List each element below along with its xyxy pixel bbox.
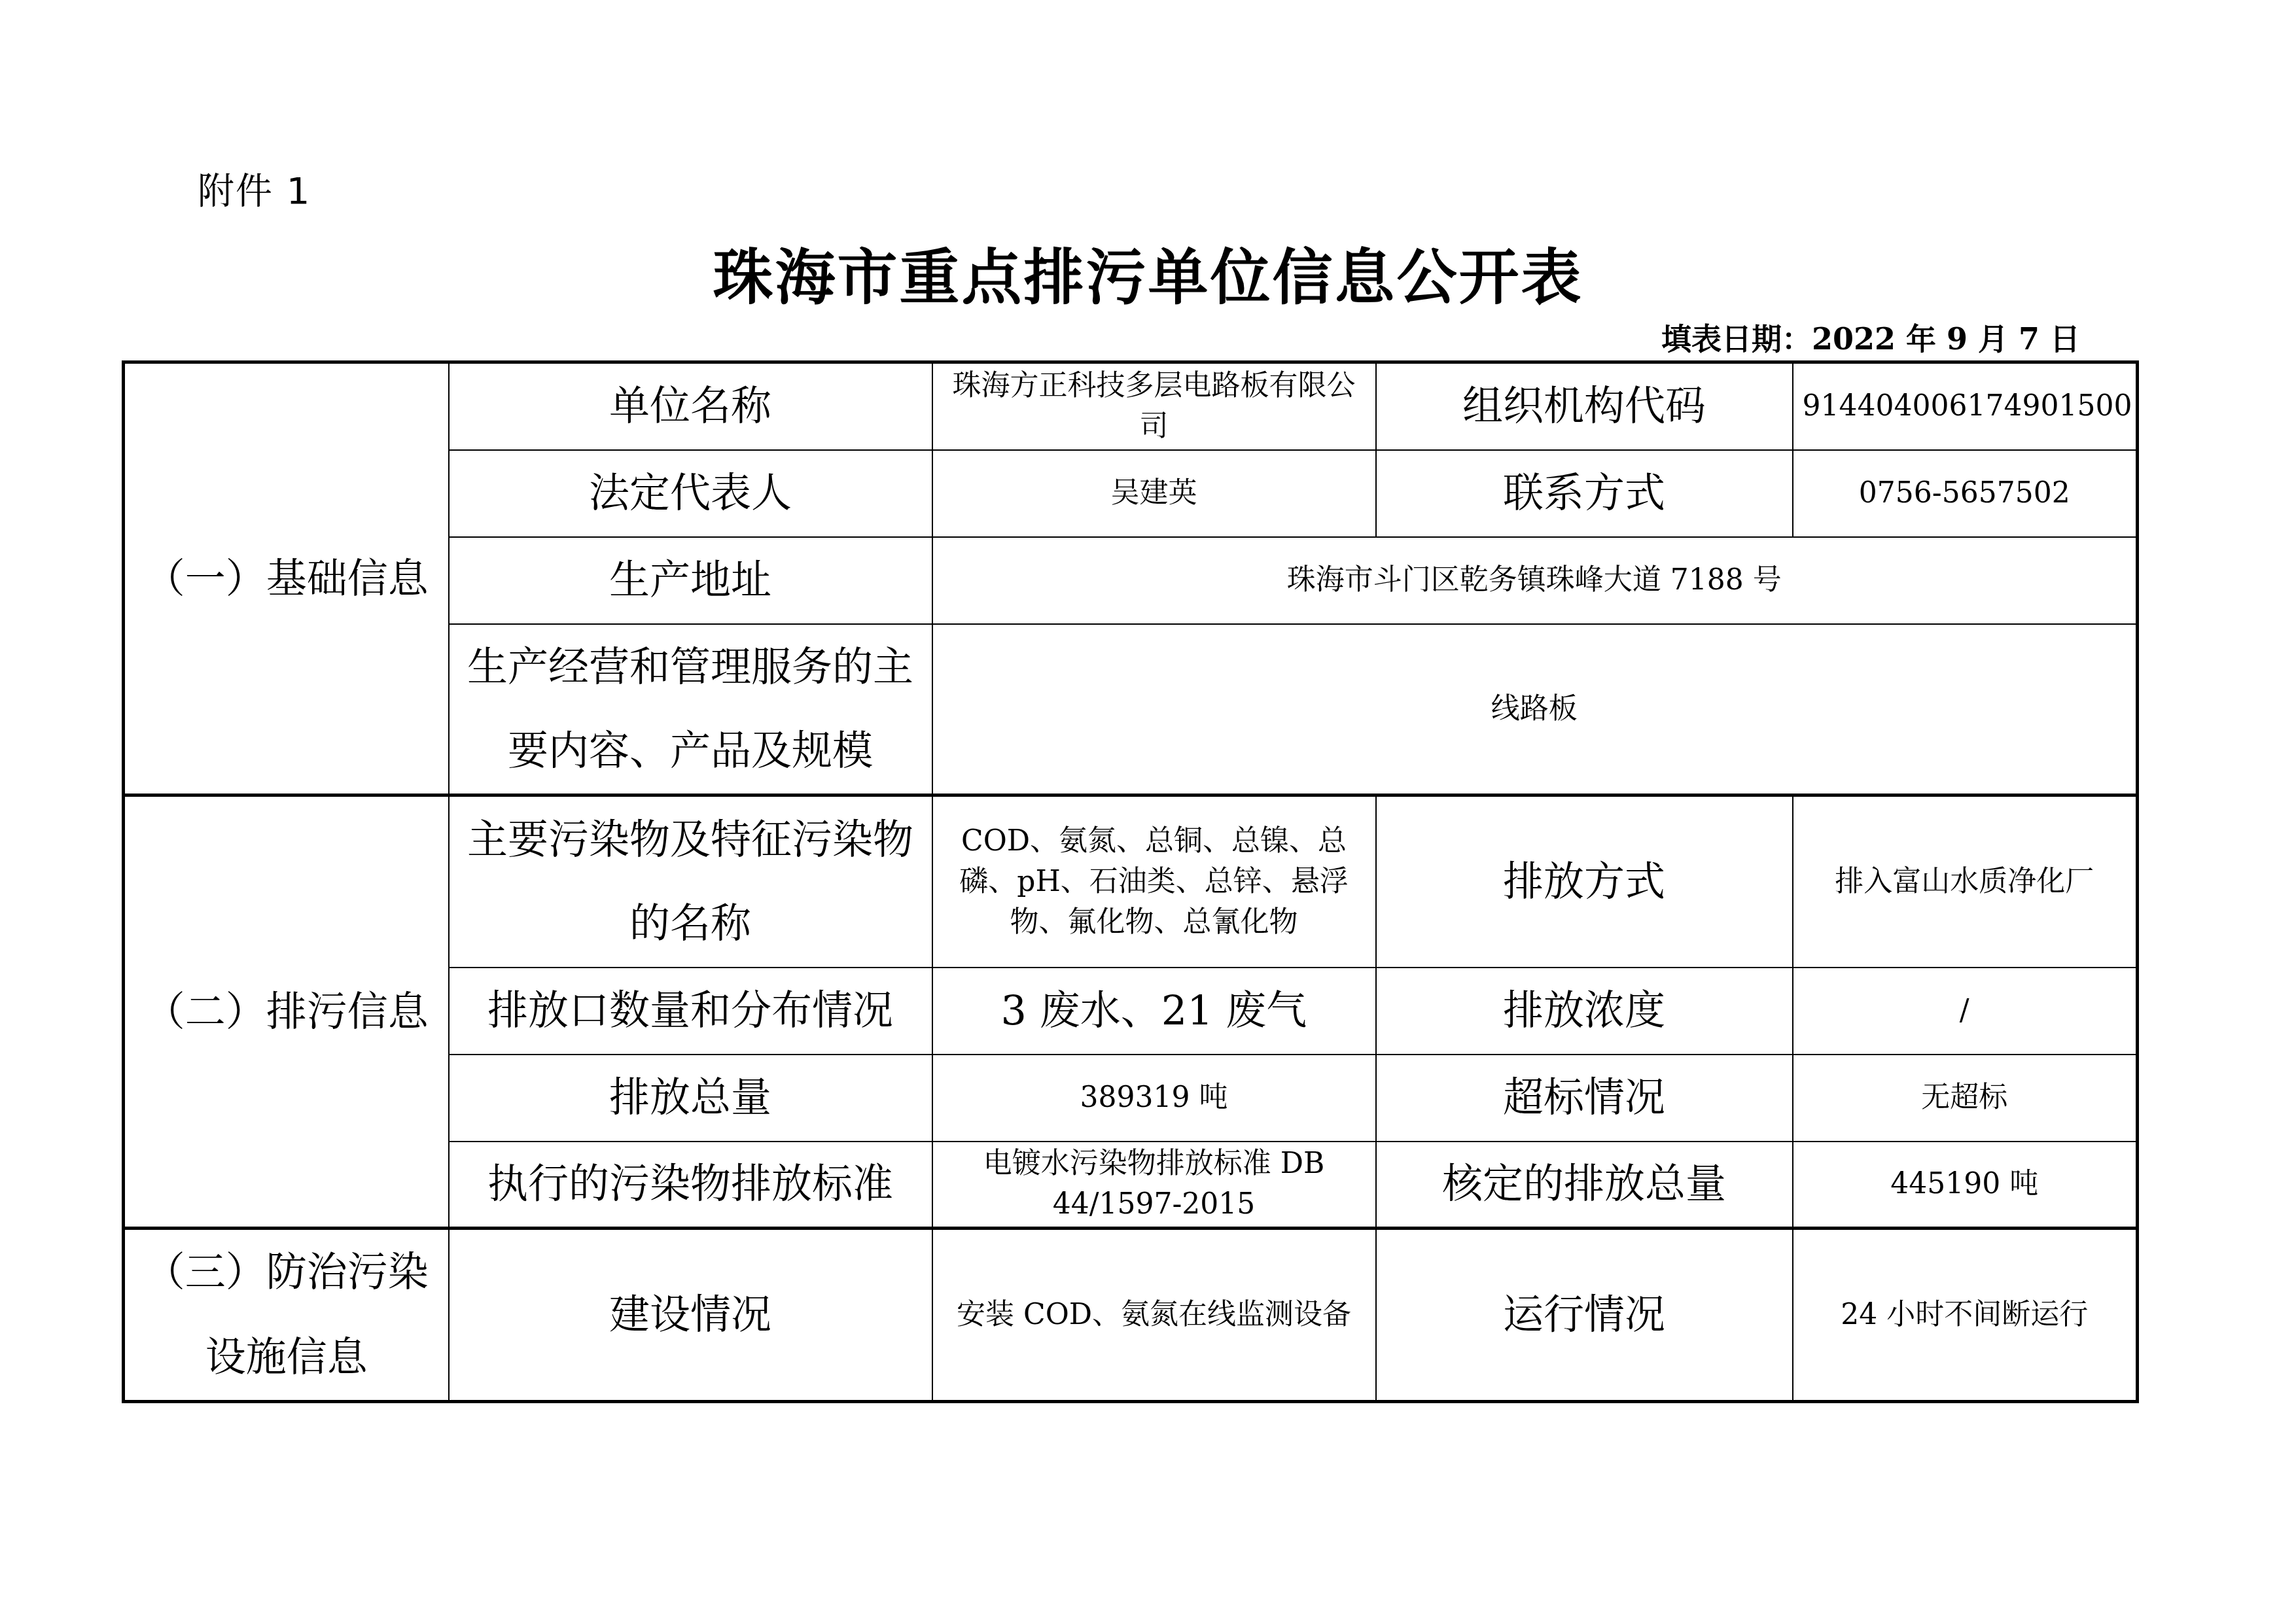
outlets-label: 排放口数量和分布情况 xyxy=(449,968,932,1055)
unit-name-value: 珠海方正科技多层电路板有限公司 xyxy=(932,362,1376,450)
org-code-value: 914404006174901500 xyxy=(1793,362,2138,450)
approved-total-label: 核定的排放总量 xyxy=(1376,1142,1793,1229)
standard-label: 执行的污染物排放标准 xyxy=(449,1142,932,1229)
legal-rep-value: 吴建英 xyxy=(932,450,1376,537)
legal-rep-label: 法定代表人 xyxy=(449,450,932,537)
method-label: 排放方式 xyxy=(1376,795,1793,968)
pollutants-value: COD、氨氮、总铜、总镍、总磷、pH、石油类、总锌、悬浮物、氟化物、总氰化物 xyxy=(932,795,1376,968)
contact-value: 0756-5657502 xyxy=(1793,450,2138,537)
concentration-value: / xyxy=(1793,968,2138,1055)
contact-label: 联系方式 xyxy=(1376,450,1793,537)
page-title: 珠海市重点排污单位信息公开表 xyxy=(0,242,2296,314)
construction-value: 安装 COD、氨氮在线监测设备 xyxy=(932,1229,1376,1402)
business-label: 生产经营和管理服务的主要内容、产品及规模 xyxy=(449,624,932,795)
approved-total-value: 445190 吨 xyxy=(1793,1142,2138,1229)
operation-value: 24 小时不间断运行 xyxy=(1793,1229,2138,1402)
attachment-label: 附件 1 xyxy=(198,169,311,215)
outlets-value: 3 废水、21 废气 xyxy=(932,968,1376,1055)
org-code-label: 组织机构代码 xyxy=(1376,362,1793,450)
operation-label: 运行情况 xyxy=(1376,1229,1793,1402)
exceed-label: 超标情况 xyxy=(1376,1055,1793,1142)
fill-date: 填表日期：2022 年 9 月 7 日 xyxy=(1661,321,2080,357)
exceed-value: 无超标 xyxy=(1793,1055,2138,1142)
construction-label: 建设情况 xyxy=(449,1229,932,1402)
info-table: （一）基础信息 单位名称 珠海方正科技多层电路板有限公司 组织机构代码 9144… xyxy=(122,360,2139,1403)
unit-name-label: 单位名称 xyxy=(449,362,932,450)
pollutants-label: 主要污染物及特征污染物的名称 xyxy=(449,795,932,968)
standard-value: 电镀水污染物排放标准 DB 44/1597-2015 xyxy=(932,1142,1376,1229)
method-value: 排入富山水质净化厂 xyxy=(1793,795,2138,968)
total-label: 排放总量 xyxy=(449,1055,932,1142)
total-value: 389319 吨 xyxy=(932,1055,1376,1142)
address-value: 珠海市斗门区乾务镇珠峰大道 7188 号 xyxy=(932,537,2138,624)
address-label: 生产地址 xyxy=(449,537,932,624)
section-discharge-heading: （二）排污信息 xyxy=(124,795,449,1229)
section-facilities-heading: （三）防治污染设施信息 xyxy=(124,1229,449,1402)
concentration-label: 排放浓度 xyxy=(1376,968,1793,1055)
section-basic-heading: （一）基础信息 xyxy=(124,362,449,795)
business-value: 线路板 xyxy=(932,624,2138,795)
